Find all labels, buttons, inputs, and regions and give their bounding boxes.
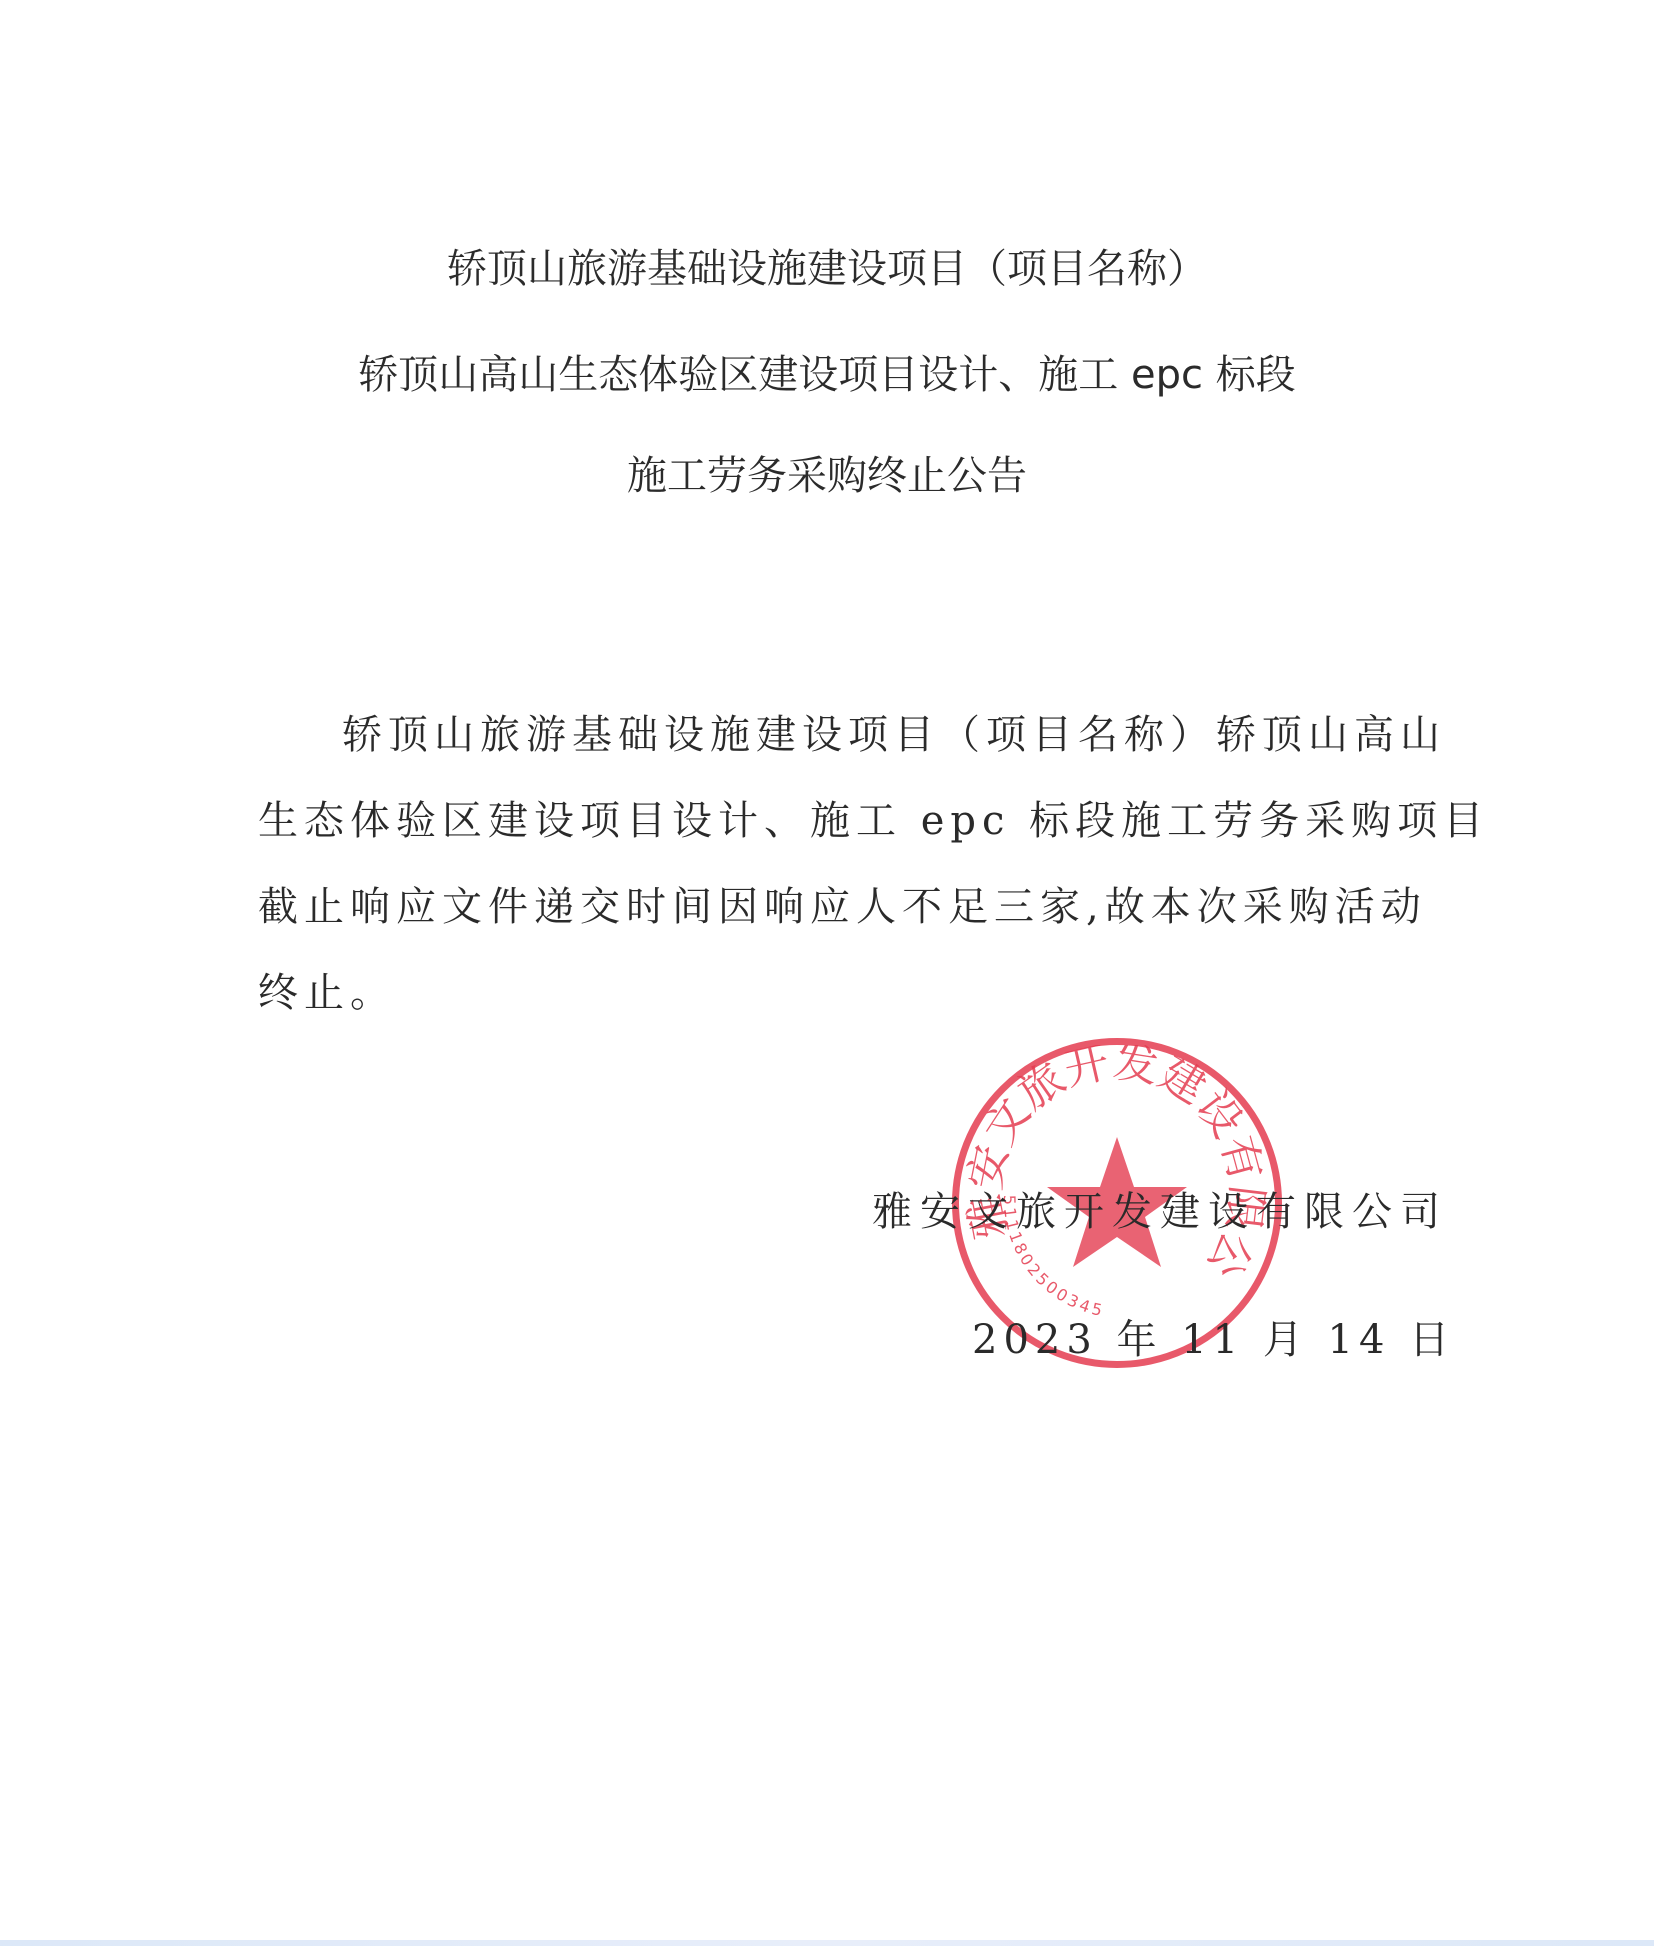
title-notice: 施工劳务采购终止公告 — [0, 444, 1654, 501]
signature-date: 2023 年 11 月 14 日 — [972, 1308, 1455, 1365]
body-line: 轿顶山旅游基础设施建设项目（项目名称）轿顶山高山 — [342, 692, 1446, 778]
title-project-name: 轿顶山旅游基础设施建设项目（项目名称） — [0, 237, 1654, 294]
signature-company: 雅安文旅开发建设有限公司 — [872, 1180, 1448, 1237]
body-line: 截止响应文件递交时间因响应人不足三家,故本次采购活动 — [258, 864, 1427, 950]
scan-edge — [0, 1940, 1654, 1946]
body-line: 终止。 — [258, 950, 396, 1036]
title-section: 轿顶山高山生态体验区建设项目设计、施工 epc 标段 — [0, 343, 1654, 400]
body-line: 生态体验区建设项目设计、施工 epc 标段施工劳务采购项目 — [258, 778, 1489, 864]
